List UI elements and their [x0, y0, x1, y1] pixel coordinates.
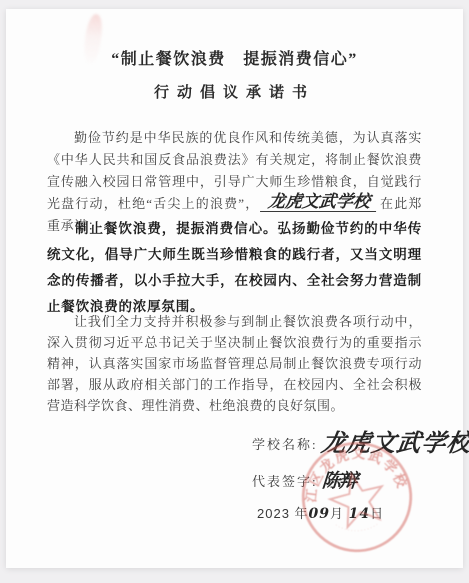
seal-star-icon — [326, 468, 390, 530]
paragraph-action: 让我们全力支持并积极参与到制止餐饮浪费各项行动中，深入贯彻习近平总书记关于坚决制… — [47, 311, 422, 416]
handwritten-school-name-blank: 龙虎文武学校 — [260, 193, 378, 212]
document-title-line1: “制止餐饮浪费 提振消费信心” — [6, 46, 463, 69]
document-page: “制止餐饮浪费 提振消费信心” 行动倡议承诺书 勤俭节约是中华民族的优良作风和传… — [6, 9, 463, 568]
paragraph-pledge: 制止餐饮浪费，提振消费信心。弘扬勤俭节约的中华传统文化，倡导广大师生既当珍惜粮食… — [47, 216, 422, 320]
document-title-line2: 行动倡议承诺书 — [6, 81, 463, 102]
photo-background: “制止餐饮浪费 提振消费信心” 行动倡议承诺书 勤俭节约是中华民族的优良作风和传… — [0, 0, 469, 583]
